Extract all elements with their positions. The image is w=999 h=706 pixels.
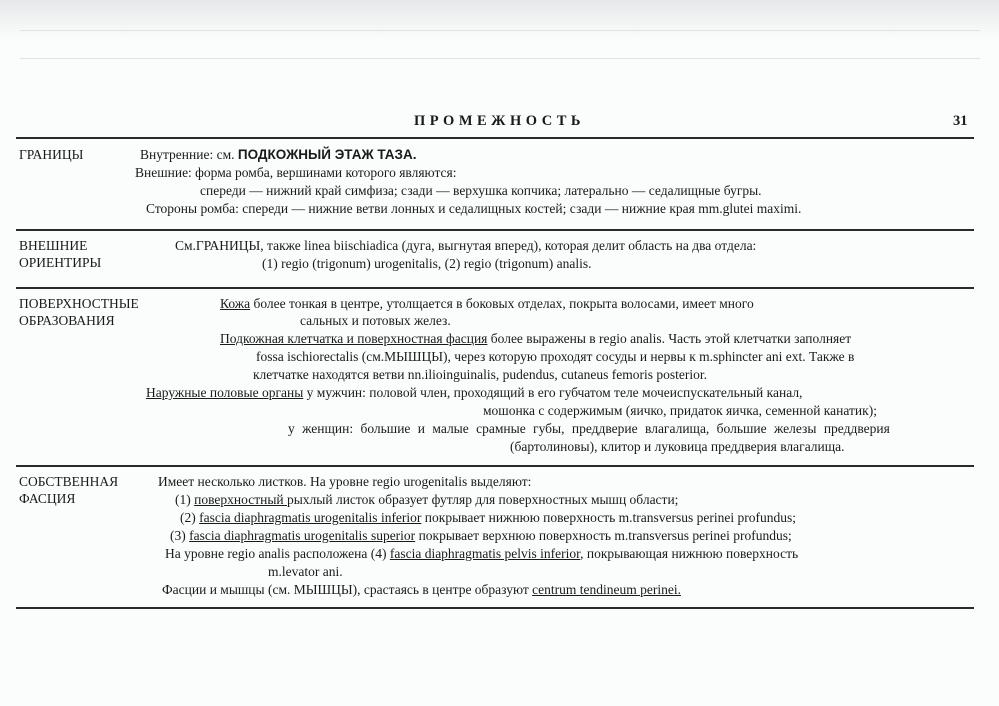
page-number: 31 [953, 113, 968, 130]
text-span: fossa ischiorectalis (см.МЫШЦЫ), через к… [256, 349, 854, 364]
text-span: На уровне regio analis расположена (4) [165, 546, 390, 561]
text-span: покрывает нижнюю поверхность m.transvers… [421, 510, 796, 525]
section-label-line: ФАСЦИЯ [19, 490, 118, 507]
text-span: m.levator ani. [268, 564, 343, 579]
term-link: fascia diaphragmatis pelvis inferior [390, 546, 580, 561]
term-link: Подкожная клетчатка и поверхностная фасц… [220, 331, 487, 346]
section-label-line: СОБСТВЕННАЯ [19, 473, 118, 490]
term-link: centrum tendineum perinei. [532, 582, 681, 597]
section-label-borders: ГРАНИЦЫ [19, 146, 83, 163]
text-line: Внутренние: см. ПОДКОЖНЫЙ ЭТАЖ ТАЗА. [140, 146, 417, 163]
text-line: у женщин: большие и малые срамные губы, … [288, 420, 890, 437]
bleed-through-rule [20, 30, 980, 31]
text-line: Кожа более тонкая в центре, утолщается в… [220, 295, 754, 312]
text-span: , покрывающая нижнюю поверхность [580, 546, 798, 561]
section-label-line: ОБРАЗОВАНИЯ [19, 312, 139, 329]
text-span: клетчатке находятся ветви nn.ilioinguina… [253, 367, 707, 382]
term-link: fascia diaphragmatis urogenitalis superi… [189, 528, 415, 543]
text-line: См.ГРАНИЦЫ, также linea biischiadica (ду… [175, 237, 756, 254]
text-line: сальных и потовых желез. [300, 312, 451, 329]
text-span: (1) regio (trigonum) urogenitalis, (2) r… [262, 256, 592, 271]
text-line: клетчатке находятся ветви nn.ilioinguina… [253, 366, 707, 383]
text-span: Стороны ромба: спереди — нижние ветви ло… [146, 201, 801, 216]
section-divider [16, 465, 974, 467]
text-span: мошонка с содержимым (яичко, придаток яи… [483, 403, 877, 418]
section-label-external-landmarks: ВНЕШНИЕОРИЕНТИРЫ [19, 237, 101, 271]
text-span: у женщин: большие и малые срамные губы, … [288, 421, 890, 436]
text-span: более тонкая в центре, утолщается в боко… [250, 296, 754, 311]
text-span: покрывает верхнюю поверхность m.transver… [415, 528, 792, 543]
text-span: (3) [170, 528, 189, 543]
term-link: Кожа [220, 296, 250, 311]
section-label-line: ПОВЕРХНОСТНЫЕ [19, 295, 139, 312]
text-span: Имеет несколько листков. На уровне regio… [158, 474, 531, 489]
text-line: спереди — нижний край симфиза; сзади — в… [200, 182, 762, 199]
section-label-own-fascia: СОБСТВЕННАЯФАСЦИЯ [19, 473, 118, 507]
section-divider [16, 137, 974, 139]
text-line: На уровне regio analis расположена (4) f… [165, 545, 798, 562]
text-line: Фасции и мышцы (см. МЫШЦЫ), срастаясь в … [162, 581, 681, 598]
bleed-through-rule [20, 58, 980, 59]
term-link: поверхностный [194, 492, 287, 507]
section-label-surface-structures: ПОВЕРХНОСТНЫЕОБРАЗОВАНИЯ [19, 295, 139, 329]
text-line: Имеет несколько листков. На уровне regio… [158, 473, 531, 490]
text-line: (бартолиновы), клитор и луковица преддве… [510, 438, 845, 455]
text-span: сальных и потовых желез. [300, 313, 451, 328]
text-span: Фасции и мышцы (см. МЫШЦЫ), срастаясь в … [162, 582, 532, 597]
text-span: (бартолиновы), клитор и луковица преддве… [510, 439, 845, 454]
text-span: Внешние: форма ромба, вершинами которого… [135, 165, 456, 180]
text-line: fossa ischiorectalis (см.МЫШЦЫ), через к… [256, 348, 854, 365]
section-divider [16, 229, 974, 231]
page-title: ПРОМЕЖНОСТЬ [0, 113, 999, 130]
text-span: См.ГРАНИЦЫ, также linea biischiadica (ду… [175, 238, 756, 253]
text-span: спереди — нижний край симфиза; сзади — в… [200, 183, 762, 198]
text-line: (1) поверхностный рыхлый листок образует… [175, 491, 678, 508]
text-line: мошонка с содержимым (яичко, придаток яи… [483, 402, 877, 419]
text-span: Внутренние: см. [140, 147, 238, 162]
text-span: (2) [180, 510, 199, 525]
text-line: Стороны ромба: спереди — нижние ветви ло… [146, 200, 801, 217]
text-line: Наружные половые органы у мужчин: полово… [146, 384, 802, 401]
section-divider [16, 607, 974, 609]
text-span: у мужчин: половой член, проходящий в его… [303, 385, 802, 400]
section-label-line: ОРИЕНТИРЫ [19, 254, 101, 271]
text-line: m.levator ani. [268, 563, 343, 580]
text-line: Внешние: форма ромба, вершинами которого… [135, 164, 456, 181]
text-line: Подкожная клетчатка и поверхностная фасц… [220, 330, 851, 347]
text-span: рыхлый листок образует футляр для поверх… [287, 492, 678, 507]
section-label-line: ГРАНИЦЫ [19, 146, 83, 163]
term-link: fascia diaphragmatis urogenitalis inferi… [199, 510, 421, 525]
text-span: более выражены в regio analis. Часть это… [487, 331, 851, 346]
section-label-line: ВНЕШНИЕ [19, 237, 101, 254]
section-divider [16, 287, 974, 289]
text-line: (3) fascia diaphragmatis urogenitalis su… [170, 527, 792, 544]
text-line: (1) regio (trigonum) urogenitalis, (2) r… [262, 255, 592, 272]
emphasis-text: ПОДКОЖНЫЙ ЭТАЖ ТАЗА. [238, 147, 417, 162]
scan-shadow [0, 0, 999, 40]
term-link: Наружные половые органы [146, 385, 303, 400]
text-span: (1) [175, 492, 194, 507]
text-line: (2) fascia diaphragmatis urogenitalis in… [180, 509, 796, 526]
